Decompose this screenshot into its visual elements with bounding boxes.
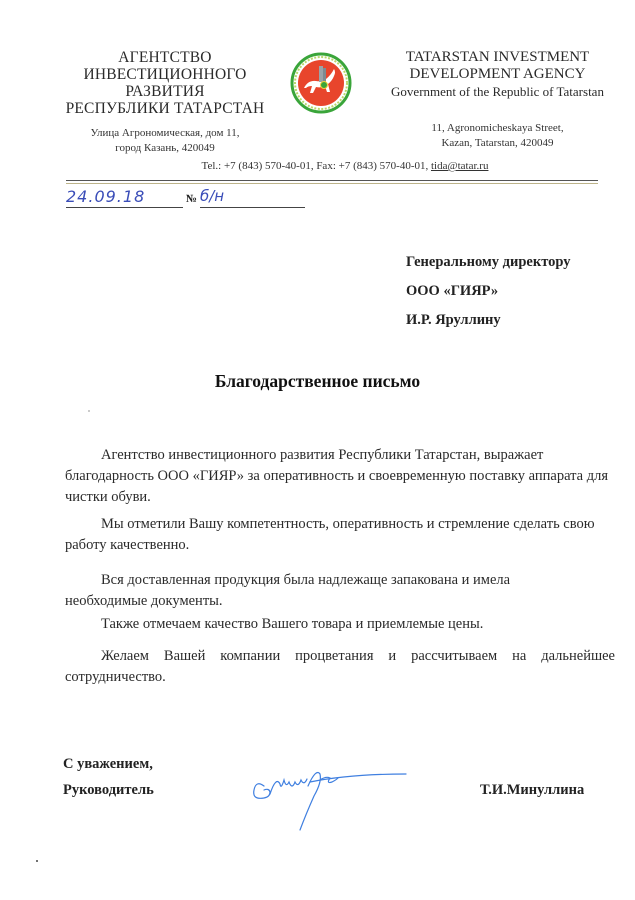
address-en: 11, Agronomicheskaya Street, Kazan, Tata…	[395, 121, 600, 151]
address-ru: Улица Агрономическая, дом 11, город Каза…	[40, 126, 290, 156]
letter-paragraph-1: Агентство инвестиционного развития Респу…	[65, 445, 615, 508]
paragraph-text: Вся доставленная продукция была надлежащ…	[65, 570, 615, 612]
paragraph-text: Желаем Вашей компании процветания и расс…	[65, 646, 615, 688]
letter-paragraph-2: Мы отметили Вашу компетентность, операти…	[65, 514, 615, 556]
header-divider-accent	[66, 183, 598, 184]
addressee-name: И.Р. Яруллину	[406, 306, 571, 335]
letter-title: Благодарственное письмо	[0, 371, 635, 392]
signatory-name: Т.И.Минуллина	[480, 782, 584, 799]
header-divider	[66, 180, 598, 181]
registration-date: 24.09.18	[66, 187, 183, 208]
addressee-position: Генеральному директору	[406, 248, 571, 277]
addressee-block: Генеральному директору ООО «ГИЯР» И.Р. Я…	[406, 248, 571, 335]
org-name-ru-line: РАЗВИТИЯ	[40, 83, 290, 100]
letter-paragraph-5: Желаем Вашей компании процветания и расс…	[65, 646, 615, 688]
address-ru-line: Улица Агрономическая, дом 11,	[40, 126, 290, 141]
email-link[interactable]: tida@tatar.ru	[431, 160, 488, 172]
handwritten-signature-icon	[250, 758, 410, 838]
org-subtitle-en: Government of the Republic of Tatarstan	[380, 83, 615, 100]
paragraph-text: Также отмечаем качество Вашего товара и …	[65, 614, 615, 635]
org-name-ru-line: ИНВЕСТИЦИОННОГО	[40, 66, 290, 83]
paragraph-text: Агентство инвестиционного развития Респу…	[65, 445, 615, 508]
org-name-ru-line: РЕСПУБЛИКИ ТАТАРСТАН	[40, 100, 290, 117]
letter-paragraph-4: Также отмечаем качество Вашего товара и …	[65, 614, 615, 635]
address-ru-line: город Казань, 420049	[40, 141, 290, 156]
org-name-en-line: TATARSTAN INVESTMENT	[380, 49, 615, 66]
org-name-en: TATARSTAN INVESTMENT DEVELOPMENT AGENCY …	[380, 49, 615, 100]
registration-number: б/н	[200, 187, 305, 208]
address-en-line: 11, Agronomicheskaya Street,	[395, 121, 600, 136]
scan-speck	[88, 410, 90, 412]
registration-number-label: №	[186, 193, 197, 205]
org-name-ru-line: АГЕНТСТВО	[40, 49, 290, 66]
org-name-ru: АГЕНТСТВО ИНВЕСТИЦИОННОГО РАЗВИТИЯ РЕСПУ…	[40, 49, 290, 117]
tatarstan-coat-of-arms-icon	[290, 52, 352, 114]
org-name-en-line: DEVELOPMENT AGENCY	[380, 66, 615, 83]
phone-fax-text: Tel.: +7 (843) 570-40-01, Fax: +7 (843) …	[202, 160, 431, 172]
closing-phrase: С уважением,	[63, 756, 153, 773]
addressee-company: ООО «ГИЯР»	[406, 277, 571, 306]
contacts-line: Tel.: +7 (843) 570-40-01, Fax: +7 (843) …	[145, 160, 545, 172]
signatory-position: Руководитель	[63, 782, 154, 799]
paragraph-text: Мы отметили Вашу компетентность, операти…	[65, 514, 615, 556]
scan-speck	[36, 860, 38, 862]
letter-paragraph-3: Вся доставленная продукция была надлежащ…	[65, 570, 615, 612]
address-en-line: Kazan, Tatarstan, 420049	[395, 136, 600, 151]
